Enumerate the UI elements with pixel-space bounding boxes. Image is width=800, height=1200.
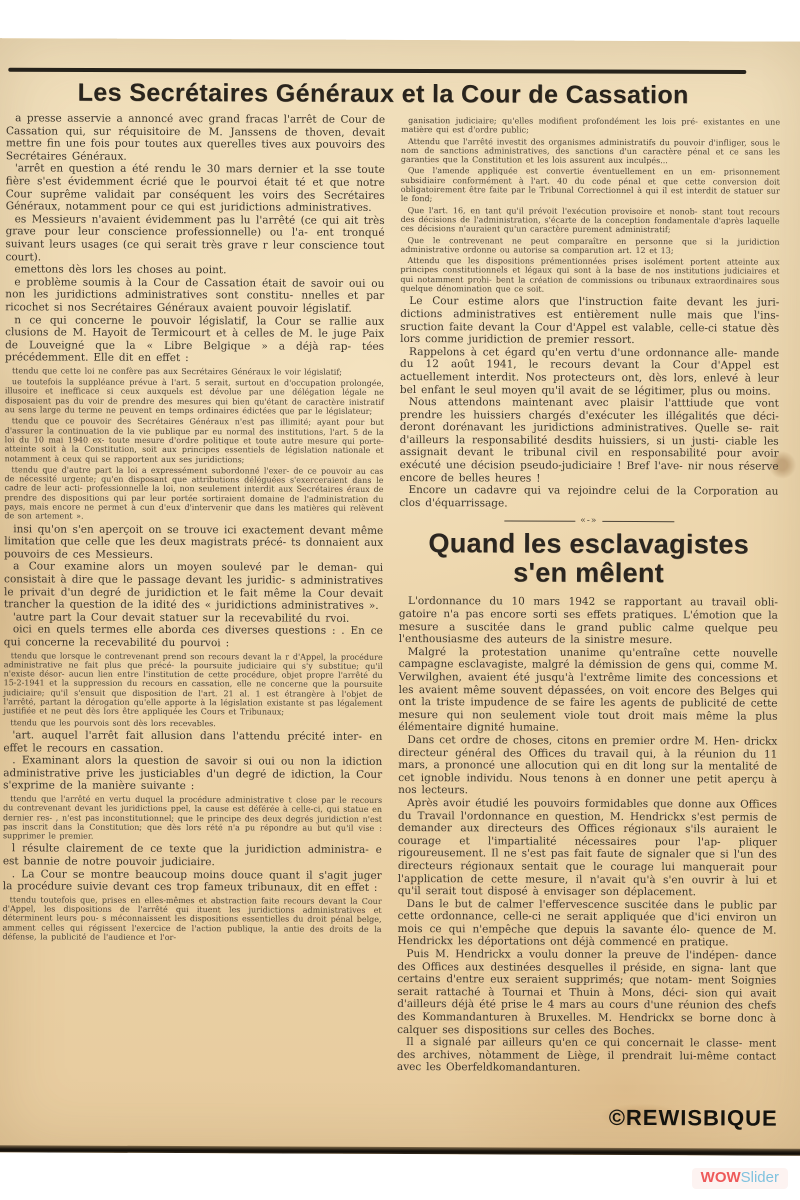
divider-line-right <box>602 521 673 522</box>
article2-title-line1: Quand les esclavagistes <box>428 529 749 560</box>
paragraph: Rappelons à cet égard qu'en vertu d'une … <box>400 346 779 398</box>
wowslider-badge[interactable]: WOWSlider <box>692 1168 788 1189</box>
page-bottom-edge <box>0 1145 800 1156</box>
paragraph: a Cour examine alors un moyen soulevé pa… <box>4 561 383 613</box>
article2-body: L'ordonnance du 10 mars 1942 se rapporta… <box>397 595 778 1075</box>
paragraph: Dans cet ordre de choses, citons en prem… <box>398 734 777 799</box>
paragraph: Attendu que l'arrêté investit des organi… <box>401 137 780 167</box>
paragraph: es Messieurs n'avaient évidemment pas lu… <box>5 213 384 265</box>
paragraph: emettons dès lors les choses au point. <box>5 263 384 277</box>
paragraph: ttendu toutefois que, prises en elles-mê… <box>2 895 381 943</box>
paragraph: n ce qui concerne le pouvoir législatif,… <box>5 314 384 366</box>
paragraph: Malgré la protestation unanime qu'entraî… <box>398 646 777 736</box>
paragraph: ttendu que l'arrêté en vertu duquel la p… <box>3 794 382 842</box>
right-column: ganisation judiciaire; qu'elles modifien… <box>397 114 780 1076</box>
paragraph: Dans le but de calmer l'effervescence su… <box>397 898 776 950</box>
article2-title: Quand les esclavagistes s'en mêlent <box>399 529 778 589</box>
paragraph: a presse asservie a annoncé avec grand f… <box>6 112 385 164</box>
wowslider-wow-text: WOW <box>701 1169 741 1186</box>
divider-ornament: «-» <box>580 517 597 526</box>
paragraph: 'art. auquel l'arrêt fait allusion dans … <box>3 729 382 756</box>
newspaper-page: Les Secrétaires Généraux et la Cour de C… <box>0 38 800 1156</box>
copyright-watermark: ©REWISBIQUE <box>609 1105 778 1132</box>
wowslider-slider-text: Slider <box>741 1169 779 1186</box>
scan-canvas: { "article1": { "title": "Les Secrétaire… <box>0 0 800 1200</box>
paragraph: ganisation judiciaire; qu'elles modifien… <box>401 116 780 136</box>
divider-line-left <box>504 521 575 522</box>
paragraph: oici en quels termes elle aborda ces div… <box>4 624 383 651</box>
paragraph: insi qu'on s'en aperçoit on se trouve ic… <box>4 523 383 562</box>
paragraph: 'arrêt en question a été rendu le 30 mar… <box>6 163 385 215</box>
paragraph: Après avoir étudié les pouvoirs formidab… <box>398 797 777 899</box>
paragraph: ttendu que d'autre part la loi a express… <box>4 465 383 522</box>
paragraph: ue toutefois la suppléance prévue à l'ar… <box>5 377 384 416</box>
article1-continuation: ganisation judiciaire; qu'elles modifien… <box>399 116 780 511</box>
section-divider: «-» <box>504 517 674 527</box>
paragraph: Que l'amende appliquée est convertie éve… <box>401 166 780 205</box>
top-rule <box>8 68 746 74</box>
paragraph: Que le contrevenant ne peut comparaître … <box>400 236 779 256</box>
paragraph: ttendu que cette loi ne confère pas aux … <box>5 366 384 377</box>
paragraph: Puis M. Hendrickx a voulu donner la preu… <box>397 948 776 1038</box>
paragraph: Que l'art. 16, en tant qu'il prévoit l'e… <box>401 206 780 236</box>
paragraph: Attendu que les dispositions prémentionn… <box>400 256 779 295</box>
article1-title: Les Secrétaires Généraux et la Cour de C… <box>0 78 768 110</box>
paragraph: Nous attendons maintenant avec plaisir l… <box>399 396 778 486</box>
paragraph: Il a signalé par ailleurs qu'en ce qui c… <box>397 1036 776 1075</box>
paragraph: . Examinant alors la question de savoir … <box>3 754 382 793</box>
paragraph: ttendu que ce pouvoir des Secrétaires Gé… <box>5 417 384 465</box>
paragraph: l résulte clairement de ce texte que la … <box>3 843 382 870</box>
paragraph: ttendu que les pourvois sont dès lors re… <box>3 718 382 729</box>
left-column: a presse asservie a annoncé avec grand f… <box>2 112 385 1074</box>
paragraph: Le Cour estime alors que l'instruction f… <box>400 295 779 347</box>
paragraph: L'ordonnance du 10 mars 1942 se rapporta… <box>399 595 778 647</box>
paragraph: . La Cour se montre beaucoup moins douce… <box>3 868 382 895</box>
paragraph: Encore un cadavre qui va rejoindre celui… <box>399 484 778 511</box>
article2-title-line2: s'en mêlent <box>513 558 664 589</box>
paragraph: ttendu que lorsque le contrevenant prend… <box>3 651 382 718</box>
paragraph: e problème soumis à la Cour de Cassation… <box>5 276 384 315</box>
columns: a presse asservie a annoncé avec grand f… <box>2 112 780 1075</box>
